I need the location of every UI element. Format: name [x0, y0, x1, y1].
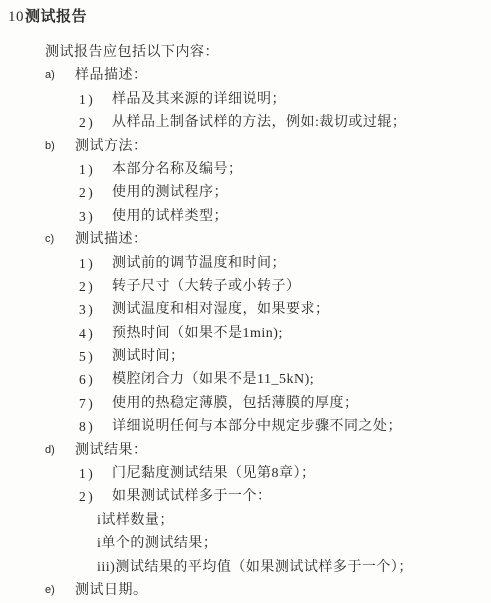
item-text: 本部分名称及编号； [112, 158, 243, 181]
item-text: 转子尺寸（大转子或小转子） [112, 275, 301, 298]
item-label: b) [45, 135, 75, 158]
item-label: 3) [79, 205, 112, 228]
item-text: 测试前的调节温度和时间； [112, 252, 286, 275]
item-text: 测试结果： [75, 439, 148, 462]
item-text: 使用的测试程序； [112, 181, 228, 204]
item-label: 2) [79, 181, 112, 204]
list-item-b: b)测试方法： [0, 135, 491, 158]
item-text: 测试方法： [75, 135, 148, 158]
list-item-e: e)测试日期。 [0, 579, 491, 602]
sub-list-item: i单个的测试结果； [0, 532, 491, 555]
item-text: 样品及其来源的详细说明； [112, 88, 286, 111]
item-label: 2) [79, 111, 112, 134]
sub-list-item: iii)测试结果的平均值（如果测试试样多于一个）； [0, 556, 491, 579]
item-label: 5) [79, 345, 112, 368]
item-label: 2) [79, 275, 112, 298]
item-text: 测试温度和相对湿度，如果要求； [112, 298, 330, 321]
list-item: 6)模腔闭合力（如果不是11_5kN); [0, 368, 491, 391]
item-text: 模腔闭合力（如果不是11_5kN); [112, 368, 314, 391]
item-text: 如果测试试样多于一个： [112, 485, 272, 508]
item-text: 样品描述： [75, 64, 148, 87]
item-text: 预热时间（如果不是1min); [112, 322, 283, 345]
item-text: i试样数量； [97, 509, 174, 532]
item-text: 使用的热稳定薄膜，包括薄膜的厚度； [112, 392, 359, 415]
item-label: 7) [79, 392, 112, 415]
list-item: 3)使用的试样类型； [0, 205, 491, 228]
item-label: 4) [79, 322, 112, 345]
item-text: 详细说明任何与本部分中规定步骤不同之处； [112, 415, 402, 438]
document-page: 10测试报告 测试报告应包括以下内容： a)样品描述： 1)样品及其来源的详细说… [0, 0, 491, 603]
item-label: 3) [79, 298, 112, 321]
item-text: 使用的试样类型； [112, 205, 228, 228]
section-body: 测试报告应包括以下内容： a)样品描述： 1)样品及其来源的详细说明； 2)从样… [0, 41, 491, 602]
item-label: c) [45, 228, 75, 251]
list-item-d: d)测试结果： [0, 439, 491, 462]
item-label: 1) [79, 252, 112, 275]
section-title: 测试报告 [25, 9, 87, 25]
item-text: 测试时间； [112, 345, 185, 368]
list-item: 1)样品及其来源的详细说明； [0, 88, 491, 111]
section-number: 10 [8, 9, 24, 25]
item-label: d) [45, 439, 75, 462]
item-label: 1) [79, 88, 112, 111]
list-item: 8)详细说明任何与本部分中规定步骤不同之处； [0, 415, 491, 438]
list-item: 2)使用的测试程序； [0, 181, 491, 204]
item-label: 1) [79, 462, 112, 485]
list-item: 4)预热时间（如果不是1min); [0, 322, 491, 345]
list-item: 1)门尼黏度测试结果（见第8章）； [0, 462, 491, 485]
list-item: 7)使用的热稳定薄膜，包括薄膜的厚度； [0, 392, 491, 415]
item-label: 2) [79, 485, 112, 508]
intro-text: 测试报告应包括以下内容： [45, 41, 219, 64]
list-item: 3)测试温度和相对湿度，如果要求； [0, 298, 491, 321]
list-item: 1)测试前的调节温度和时间； [0, 252, 491, 275]
item-label: 1) [79, 158, 112, 181]
sub-list-item: i试样数量； [0, 509, 491, 532]
item-text: i单个的测试结果； [97, 532, 217, 555]
list-item: 1)本部分名称及编号； [0, 158, 491, 181]
intro-line: 测试报告应包括以下内容： [0, 41, 491, 64]
item-text: 测试描述： [75, 228, 148, 251]
item-label: e) [45, 579, 75, 602]
item-label: 6) [79, 368, 112, 391]
item-text: 测试日期。 [75, 579, 148, 602]
list-item-a: a)样品描述： [0, 64, 491, 87]
item-text: 从样品上制备试样的方法，例如:裁切或过辊； [112, 111, 406, 134]
list-item: 2)从样品上制备试样的方法，例如:裁切或过辊； [0, 111, 491, 134]
item-text: 门尼黏度测试结果（见第8章）； [112, 462, 316, 485]
item-label: 8) [79, 415, 112, 438]
item-label: a) [45, 64, 75, 87]
section-heading: 10测试报告 [8, 5, 87, 26]
list-item: 5)测试时间； [0, 345, 491, 368]
list-item: 2)如果测试试样多于一个： [0, 485, 491, 508]
list-item: 2)转子尺寸（大转子或小转子） [0, 275, 491, 298]
item-text: iii)测试结果的平均值（如果测试试样多于一个）； [97, 556, 413, 579]
list-item-c: c)测试描述： [0, 228, 491, 251]
